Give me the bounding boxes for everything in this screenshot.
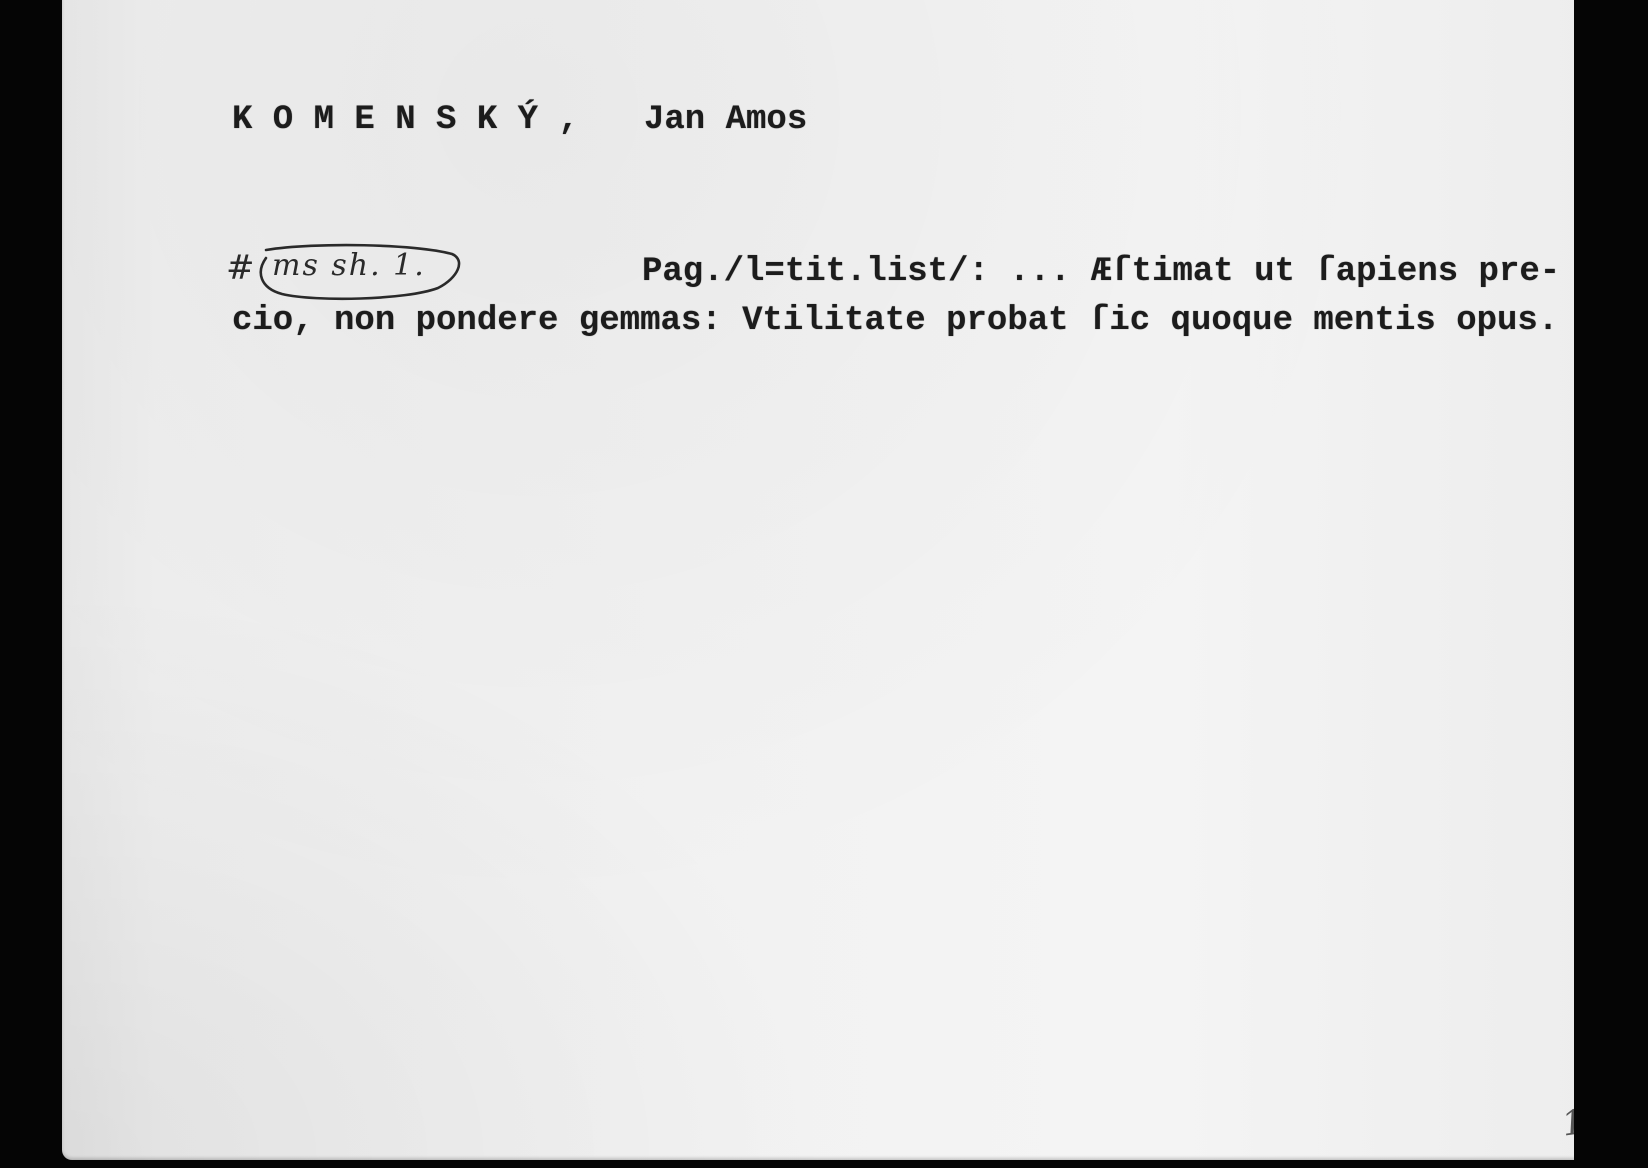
heading-forename: Jan Amos [644,96,807,145]
catalog-card-scan: K O M E N S K Ý , Jan Amos # ms sh. 1. P… [0,0,1648,1168]
note-line-1: Pag./l=tit.list/: ... Æſtimat ut ſapiens… [642,248,1560,297]
heading-surname: K O M E N S K Ý , [232,96,579,145]
note-line-2: cio, non pondere gemmas: Vtilitate proba… [232,297,1640,346]
corner-annotation: 1a [1559,1099,1606,1144]
call-number-handwritten: ms sh. 1. [272,248,426,283]
catalog-card: K O M E N S K Ý , Jan Amos # ms sh. 1. P… [62,0,1636,1160]
